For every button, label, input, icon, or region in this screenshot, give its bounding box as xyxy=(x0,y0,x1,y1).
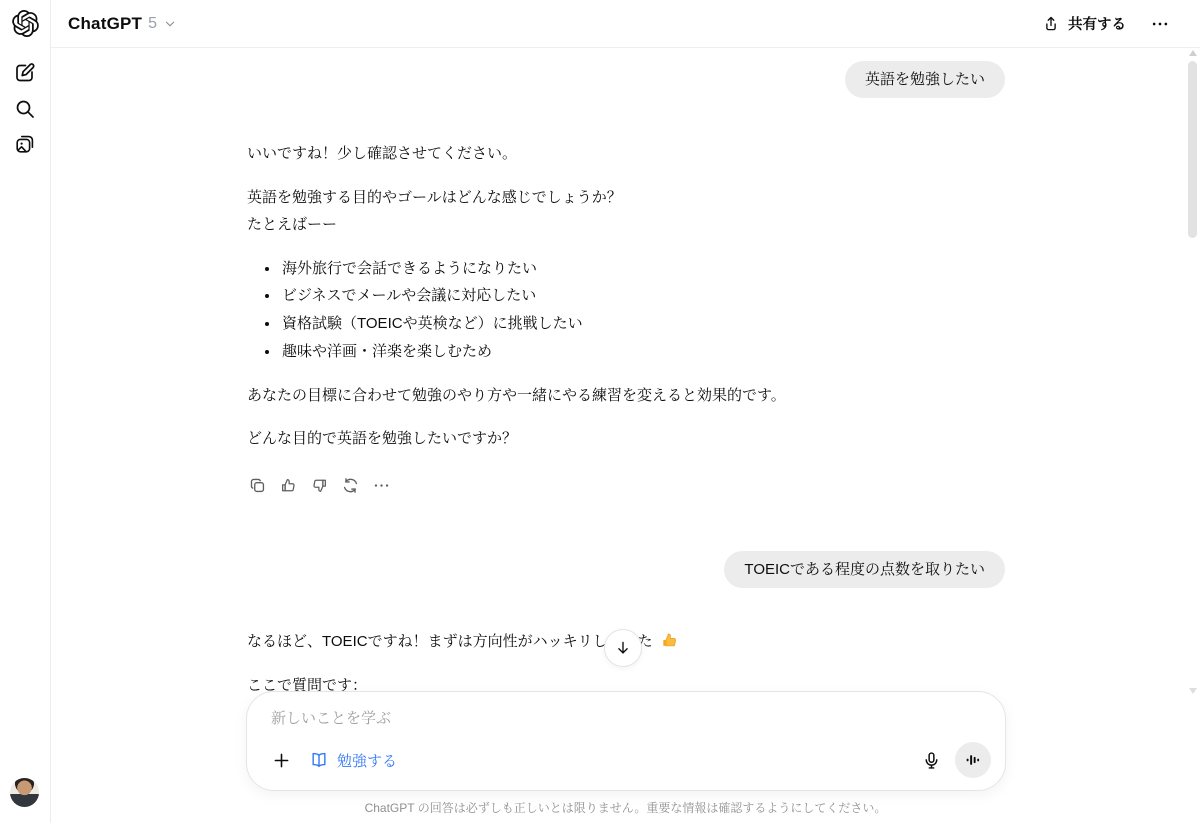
scroll-to-bottom-button[interactable] xyxy=(604,629,642,667)
share-upload-icon xyxy=(1042,15,1060,33)
list-item: 資格試験（TOEICや英検など）に挑戦したい xyxy=(280,310,847,338)
copy-icon xyxy=(248,476,267,495)
share-label: 共有する xyxy=(1068,13,1126,34)
microphone-icon xyxy=(921,750,942,771)
assistant-paragraph: どんな目的で英語を勉強したいですか？ xyxy=(247,425,847,453)
top-bar-actions: 共有する xyxy=(1042,13,1170,34)
list-item: ビジネスでメールや会議に対応したい xyxy=(280,282,847,310)
bad-response-button[interactable] xyxy=(309,476,329,496)
dictate-button[interactable] xyxy=(915,744,947,776)
app-title: ChatGPT xyxy=(68,14,142,34)
goal-options-list: 海外旅行で会話できるようになりたい ビジネスでメールや会議に対応したい 資格試験… xyxy=(247,255,847,366)
book-icon xyxy=(309,750,329,770)
ellipsis-icon xyxy=(372,476,391,495)
message-input[interactable] xyxy=(271,707,961,735)
model-version: 5 xyxy=(148,15,157,33)
regenerate-icon xyxy=(341,476,360,495)
model-switcher[interactable]: ChatGPT 5 xyxy=(68,14,177,34)
user-message-bubble: TOEICである程度の点数を取りたい xyxy=(724,551,1005,588)
assistant-line: たとえばーー xyxy=(247,216,337,233)
regenerate-button[interactable] xyxy=(340,476,360,496)
study-mode-chip[interactable]: 勉強する xyxy=(309,750,397,771)
library-images-icon xyxy=(13,132,37,156)
ellipsis-icon xyxy=(1150,14,1170,34)
library-button[interactable] xyxy=(12,132,38,158)
plus-icon xyxy=(271,750,292,771)
user-message-bubble: 英語を勉強したい xyxy=(845,61,1005,98)
conversation-options-button[interactable] xyxy=(1150,14,1170,34)
user-avatar[interactable] xyxy=(10,778,39,807)
assistant-paragraph: 英語を勉強する目的やゴールはどんな感じでしょうか？ たとえばーー xyxy=(247,184,847,239)
sidebar xyxy=(0,0,51,823)
list-item: 海外旅行で会話できるようになりたい xyxy=(280,255,847,283)
voice-mode-button[interactable] xyxy=(955,742,991,778)
good-response-button[interactable] xyxy=(278,476,298,496)
scrollbar xyxy=(1186,48,1200,823)
message-actions xyxy=(247,476,847,496)
scrollbar-down-arrow[interactable] xyxy=(1189,688,1197,694)
list-item: 趣味や洋画・洋楽を楽しむため xyxy=(280,338,847,366)
copy-button[interactable] xyxy=(247,476,267,496)
disclaimer-text: ChatGPT の回答は必ずしも正しいとは限りません。重要な情報は確認するように… xyxy=(51,799,1200,816)
share-button[interactable]: 共有する xyxy=(1042,13,1126,34)
voice-waveform-icon xyxy=(964,751,982,769)
new-chat-button[interactable] xyxy=(12,61,38,87)
thumbs-up-emoji xyxy=(660,631,679,650)
scrollbar-up-arrow[interactable] xyxy=(1189,50,1197,56)
openai-logo[interactable] xyxy=(11,10,39,38)
scrollbar-thumb[interactable] xyxy=(1188,61,1197,238)
assistant-line: なるほど、TOEICですね！まずは方向性がハッキリしました xyxy=(247,633,653,650)
new-chat-icon xyxy=(13,61,37,85)
assistant-line: 英語を勉強する目的やゴールはどんな感じでしょうか？ xyxy=(247,189,622,206)
thumbs-down-icon xyxy=(310,476,329,495)
top-bar: ChatGPT 5 共有する xyxy=(51,0,1200,48)
openai-logo-icon xyxy=(12,10,39,37)
search-icon xyxy=(13,97,37,121)
attach-button[interactable] xyxy=(265,744,297,776)
chevron-down-icon xyxy=(163,17,177,31)
composer-toolbar: 勉強する xyxy=(265,742,991,778)
composer: 勉強する xyxy=(246,691,1006,791)
search-chats-button[interactable] xyxy=(12,97,38,123)
more-actions-button[interactable] xyxy=(371,476,391,496)
arrow-down-icon xyxy=(614,639,632,657)
chatgpt-app: ChatGPT 5 共有する 英語を勉強したい いいですね！少し確認させてくださ… xyxy=(0,0,1200,823)
thumbs-up-icon xyxy=(279,476,298,495)
study-chip-label: 勉強する xyxy=(337,750,397,771)
assistant-message: いいですね！少し確認させてください。 英語を勉強する目的やゴールはどんな感じでし… xyxy=(247,140,847,496)
assistant-paragraph: あなたの目標に合わせて勉強のやり方や一緒にやる練習を変えると効果的です。 xyxy=(247,382,847,410)
assistant-paragraph: いいですね！少し確認させてください。 xyxy=(247,140,847,168)
